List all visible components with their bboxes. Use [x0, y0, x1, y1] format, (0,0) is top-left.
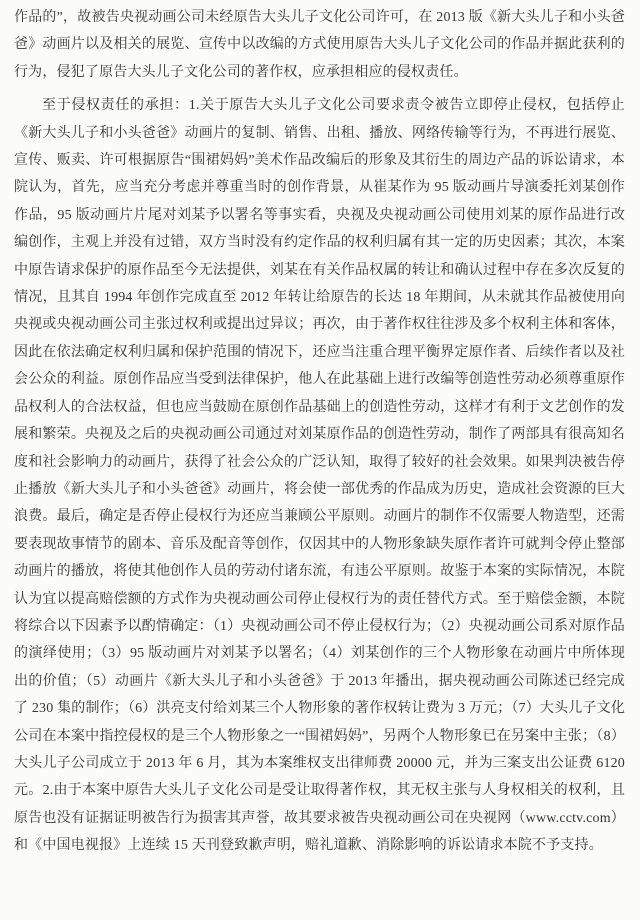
judgment-paragraph-liability: 至于侵权责任的承担：1.关于原告大头儿子文化公司要求责令被告立即停止侵权，包括停… [14, 92, 625, 859]
document-page: 作品的”，故被告央视动画公司未经原告大头儿子文化公司许可，在 2013 版《新大… [0, 0, 640, 920]
judgment-paragraph-continuation: 作品的”，故被告央视动画公司未经原告大头儿子文化公司许可，在 2013 版《新大… [14, 4, 625, 86]
